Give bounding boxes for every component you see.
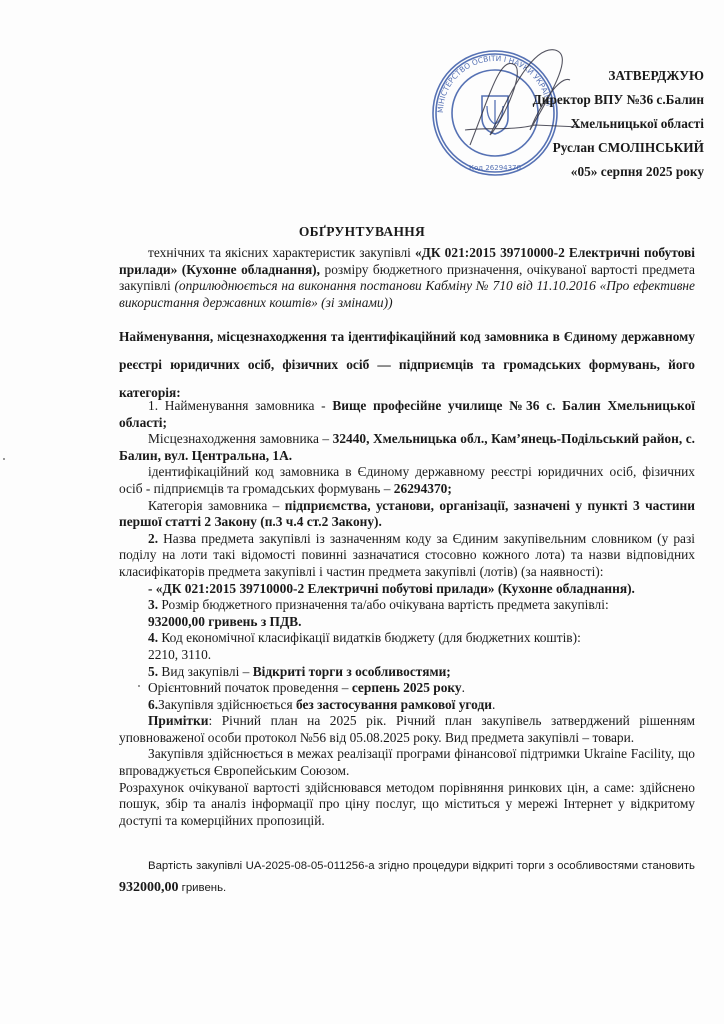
start-value: серпень 2025 року [352,680,462,695]
notes: Примітки: Річний план на 2025 рік. Річни… [119,713,695,746]
punct: . [492,697,495,712]
item-category: Категорія замовника – підприємства, уста… [119,498,695,531]
economic-codes: 2210, 3110. [148,647,211,662]
final-amount: 932000,00 [119,880,179,895]
item-5: 5. Вид закупівлі – Відкриті торги з особ… [119,664,695,681]
punct: . [462,680,465,695]
approval-block: ЗАТВЕРДЖУЮ Директор ВПУ №36 с.Балин Хмел… [533,64,704,184]
calculation-method: Розрахунок очікуваної вартості здійснюва… [119,780,695,830]
intro-text: технічних та якісних характеристик закуп… [148,245,415,260]
category-label: Категорія замовника – [148,498,285,513]
item-start: Орієнтовний початок проведення – серпень… [119,680,695,697]
item-4-value: 2210, 3110. [119,647,695,664]
framework-value: без застосування рамкової угоди [296,697,492,712]
procurement-type: Відкриті торги з особливостями; [253,664,451,679]
approval-position: Директор ВПУ №36 с.Балин [533,88,704,112]
item-4: 4. Код економічної класифікації видатків… [119,630,695,647]
item-4-number: 4. [148,630,158,645]
section-heading: Найменування, місцезнаходження та іденти… [119,323,695,407]
document-page: МІНІСТЕРСТВО ОСВІТИ І НАУКИ УКРАЇНИ Код … [0,0,724,1024]
item-2-text: Назва предмета закупівлі із зазначенням … [119,531,695,579]
item-3-text: Розмір бюджетного призначення та/або очі… [158,597,609,612]
final-text: Вартість закупівлі UA-2025-08-05-011256-… [148,860,695,872]
main-content: 1. Найменування замовника - Вище професі… [119,398,695,829]
item-5-number: 5. [148,664,158,679]
budget-value: 932000,00 гривень з ПДВ. [148,614,301,629]
final-statement: Вартість закупівлі UA-2025-08-05-011256-… [119,855,695,899]
approval-date: «05» серпня 2025 року [533,160,704,184]
start-label: Орієнтовний початок проведення – [148,680,352,695]
item-3: 3. Розмір бюджетного призначення та/або … [119,597,695,614]
approval-heading: ЗАТВЕРДЖУЮ [533,64,704,88]
item-3-number: 3. [148,597,158,612]
location-label: Місцезнаходження замовника – [148,431,333,446]
item-2: 2. Назва предмета закупівлі із зазначенн… [119,531,695,581]
item-location: Місцезнаходження замовника – 32440, Хмел… [119,431,695,464]
document-title: ОБҐРУНТУВАННЯ [0,224,724,240]
item-1: 1. Найменування замовника - Вище професі… [119,398,695,431]
item-1-label: 1. Найменування замовника - [148,398,332,413]
approval-name: Руслан СМОЛІНСЬКИЙ [533,136,704,160]
scan-speck [138,685,140,687]
item-6-number: 6. [148,697,158,712]
approval-region: Хмельницької області [533,112,704,136]
intro-paragraph: технічних та якісних характеристик закуп… [119,245,695,311]
intro-note: (оприлюднюється на виконання постанови К… [119,278,695,310]
eu-funding: Закупівля здійснюється в межах реалізаці… [119,746,695,779]
item-4-text: Код економічної класифікації видатків бю… [158,630,581,645]
item-2-number: 2. [148,531,158,546]
id-code-value: 26294370; [394,481,452,496]
item-5-text: Вид закупівлі – [158,664,253,679]
subject-value: - «ДК 021:2015 39710000-2 Електричні поб… [148,581,635,596]
item-6: 6.Закупівля здійснюється без застосуванн… [119,697,695,714]
item-6-text: Закупівля здійснюється [158,697,296,712]
final-currency: гривень. [179,882,227,894]
stamp-code: Код 26294370 [469,164,521,172]
item-3-value: 932000,00 гривень з ПДВ. [119,614,695,631]
notes-label: Примітки [148,713,208,728]
scan-speck [3,458,5,460]
item-id-code: ідентифікаційний код замовника в Єдиному… [119,464,695,497]
item-2-subject: - «ДК 021:2015 39710000-2 Електричні поб… [119,581,695,598]
